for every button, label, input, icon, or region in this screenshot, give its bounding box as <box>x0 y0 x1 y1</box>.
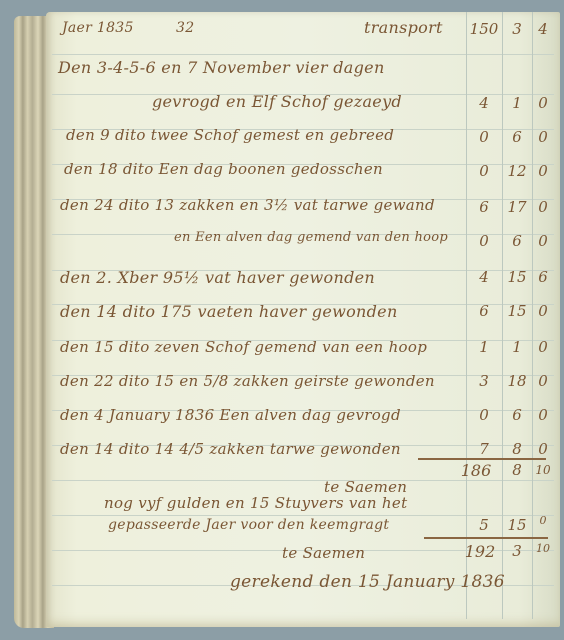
extra-line-1: nog vyf gulden en 15 Stuyvers van het <box>104 494 407 512</box>
amount-stuivers: 12 <box>502 162 532 180</box>
amount-guilders: 4 <box>466 268 502 286</box>
amount-penningen: 4 <box>532 20 554 38</box>
sum-rule <box>418 458 546 460</box>
amount-penningen: 0 <box>532 232 554 250</box>
amount-guilders: 1 <box>466 338 502 356</box>
amount-penningen: 0 <box>532 162 554 180</box>
entry-text: den 14 dito 175 vaeten haver gewonden <box>60 302 398 321</box>
sum-rule <box>424 537 548 539</box>
amount-penningen: 0 <box>532 198 554 216</box>
entry-text: den 9 dito twee Schof gemest en gebreed <box>66 126 394 144</box>
amount-penningen: 6 <box>532 268 554 286</box>
amount-guilders: 3 <box>466 372 502 390</box>
amount-stuivers: 1 <box>502 338 532 356</box>
rule-line <box>52 480 554 481</box>
total-label: te Saemen <box>282 544 365 562</box>
amount-guilders: 7 <box>466 440 502 458</box>
amount-penningen: 0 <box>532 372 554 390</box>
amount-stuivers: 3 <box>502 20 532 38</box>
header-year: Jaer 1835 <box>62 20 134 36</box>
amount-guilders: 150 <box>466 20 502 38</box>
amount-guilders: 6 <box>466 198 502 216</box>
amount-stuivers: 18 <box>502 372 532 390</box>
amount-stuivers: 17 <box>502 198 532 216</box>
amount-penningen: 0 <box>532 94 554 112</box>
subtotal-guilders: 186 <box>450 461 502 480</box>
subtotal-penningen: 10 <box>532 463 554 477</box>
amount-stuivers: 6 <box>502 128 532 146</box>
amount-stuivers: 6 <box>502 406 532 424</box>
entry-text: den 22 dito 15 en 5/8 zakken geirste gew… <box>60 372 435 390</box>
amount-stuivers: 15 <box>502 516 532 534</box>
amount-stuivers: 1 <box>502 94 532 112</box>
entry-text: den 15 dito zeven Schof gemend van een h… <box>60 338 427 356</box>
amount-penningen: 0 <box>532 514 554 527</box>
total-penningen: 10 <box>532 542 554 555</box>
entry-text: en Een alven dag gemend van den hoop <box>174 230 448 245</box>
entry-text: gevrogd en Elf Schof gezaeyd <box>152 92 402 111</box>
amount-penningen: 0 <box>532 128 554 146</box>
ledger-page: Jaer 1835 32 transport 150 3 4 Den 3-4-5… <box>46 12 560 627</box>
entry-text: den 14 dito 14 4/5 zakken tarwe gewonden <box>60 440 401 458</box>
extra-line-2: gepasseerde Jaer voor den keemgragt <box>108 517 389 533</box>
entry-text: Den 3-4-5-6 en 7 November vier dagen <box>58 58 385 77</box>
amount-guilders: 0 <box>466 128 502 146</box>
total-guilders: 192 <box>458 542 502 561</box>
amount-guilders: 0 <box>466 232 502 250</box>
entry-text: den 2. Xber 95½ vat haver gewonden <box>60 268 375 287</box>
amount-stuivers: 6 <box>502 232 532 250</box>
amount-stuivers: 15 <box>502 268 532 286</box>
amount-stuivers: 8 <box>502 440 532 458</box>
amount-penningen: 0 <box>532 440 554 458</box>
amount-stuivers: 15 <box>502 302 532 320</box>
entry-text: den 18 dito Een dag boonen gedosschen <box>64 160 383 178</box>
subtotal-stuivers: 8 <box>502 461 532 479</box>
amount-guilders: 4 <box>466 94 502 112</box>
entry-text: den 24 dito 13 zakken en 3½ vat tarwe ge… <box>60 196 435 214</box>
amount-guilders: 0 <box>466 162 502 180</box>
total-stuivers: 3 <box>502 542 532 560</box>
amount-penningen: 0 <box>532 338 554 356</box>
amount-guilders: 5 <box>466 516 502 534</box>
page-mark: 32 <box>176 20 194 36</box>
amount-penningen: 0 <box>532 302 554 320</box>
transport-label: transport <box>364 18 443 37</box>
reckoning-date: gerekend den 15 January 1836 <box>230 572 505 592</box>
amount-guilders: 0 <box>466 406 502 424</box>
entry-text: den 4 January 1836 Een alven dag gevrogd <box>60 406 401 424</box>
amount-penningen: 0 <box>532 406 554 424</box>
rule-line <box>52 54 554 55</box>
amount-guilders: 6 <box>466 302 502 320</box>
